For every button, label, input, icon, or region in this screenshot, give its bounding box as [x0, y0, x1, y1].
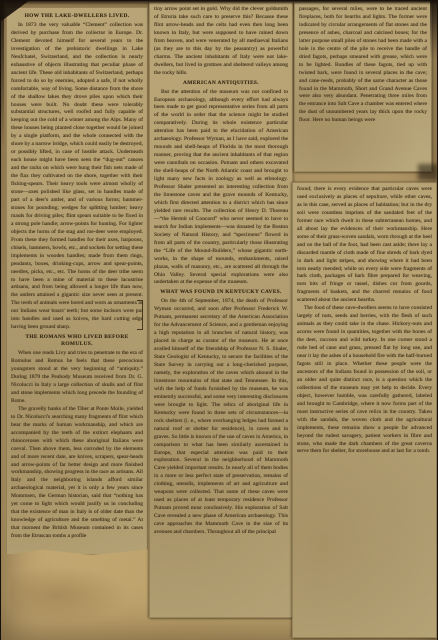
clipping-column-2: tiny arrow point set in gold. Why did th… — [149, 2, 293, 618]
clipping-column-3-upper: passages, for several miles, were to be … — [294, 2, 432, 172]
paragraph: passages, for several miles, were to be … — [299, 6, 427, 125]
headline-romans-before-romulus: THE ROMANS WHO LIVED BEFORE ROMULUS. — [11, 334, 143, 348]
paragraph: But the attention of the museum was not … — [154, 89, 288, 288]
paragraph: tiny arrow point set in gold. Why did th… — [154, 6, 288, 78]
paragraph: In 1873 the very valuable “Clement” coll… — [11, 22, 143, 332]
paragraph: found; there is every evidence that part… — [297, 186, 432, 305]
clipping-column-1: HOW THE LAKE-DWELLERS LIVED. In 1873 the… — [6, 7, 148, 555]
scrapbook-page: HOW THE LAKE-DWELLERS LIVED. In 1873 the… — [0, 0, 438, 640]
headline-lake-dwellers: HOW THE LAKE-DWELLERS LIVED. — [11, 13, 143, 20]
paragraph: The food of these cave-dwellers seems to… — [297, 305, 432, 456]
paragraph: When one reads Livy and tries to penetra… — [11, 350, 143, 406]
clipping-column-3-lower: found; there is every evidence that part… — [292, 182, 437, 638]
paragraph: The gravelly banks of the Tiber at Ponte… — [11, 406, 143, 541]
headline-american-antiquities: AMERICAN ANTIQUITIES. — [154, 80, 288, 87]
headline-kentucky-caves: WHAT WAS FOUND IN KENTUCKY CAVES. — [154, 289, 288, 296]
paragraph: On the 4th of September, 1874, the death… — [154, 298, 288, 537]
